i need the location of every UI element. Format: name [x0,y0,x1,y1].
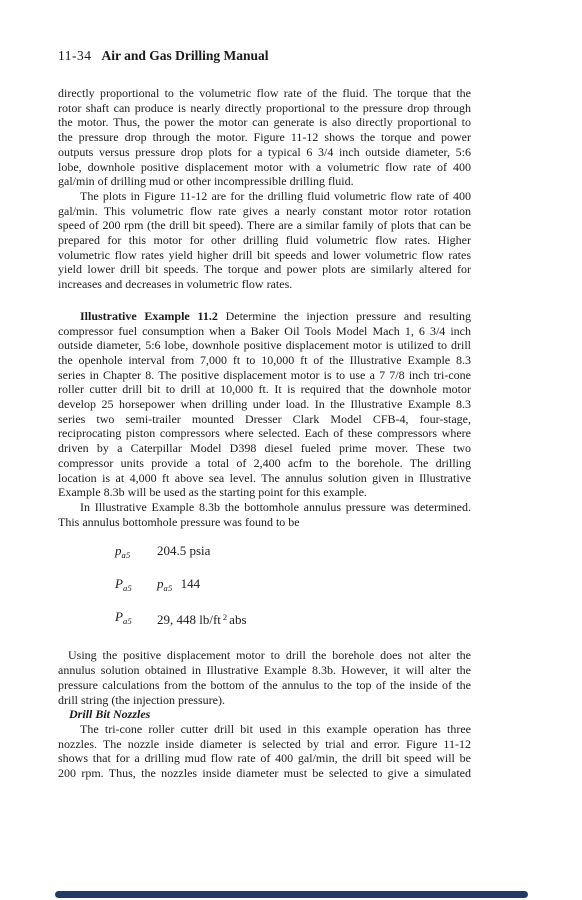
text-line: the pressure drop through the motor. Fig… [58,130,471,145]
text-line: reciprocating piston compressors where s… [58,426,471,441]
paragraph-6: The tri-cone roller cutter drill bit use… [58,722,471,781]
text-line: the openhole interval from 7,000 ft to 1… [58,353,471,368]
text-line: roller cutter drill bit to drill at 10,0… [58,382,471,397]
text-line: outputs versus pressure drop plots for a… [58,145,471,160]
text-line: Example 8.3b will be used as the startin… [58,485,471,500]
page-content: directly proportional to the volumetric … [58,86,471,781]
text-line: prepared for this motor for other drilli… [58,233,471,248]
text-line: pressure calculations from the bottom of… [58,678,471,693]
page-header: 11-34Air and Gas Drilling Manual [58,48,269,64]
text-line: driven by a Caterpillar Model D398 diese… [58,441,471,456]
equation-1-rhs: 204.5 psia [157,543,210,563]
paragraph-2: The plots in Figure 11-12 are for the dr… [58,189,471,292]
text-line: 200 rpm. Thus, the nozzles inside diamet… [58,766,471,781]
text-line: increases and decreases in volumetric fl… [58,277,471,292]
text-line: location is at 4,000 ft above sea level.… [58,471,471,486]
text-line: nozzles. The nozzle inside diameter is s… [58,737,471,752]
equation-3-rhs: 29, 448 lb/ft2abs [157,609,247,629]
text-line: series in Chapter 8. The positive displa… [58,368,471,383]
text-line: In Illustrative Example 8.3b the bottomh… [58,500,471,515]
equation-3-lhs: Pa5 [115,609,157,629]
text-line: series two semi-trailer mounted Dresser … [58,412,471,427]
text-line: Using the positive displacement motor to… [58,648,471,663]
text-line: lobe, downhole positive displacement mot… [58,160,471,175]
equation-1: pa5 204.5 psia [58,543,471,563]
text-line: shows that for a drilling mud flow rate … [58,751,471,766]
text-line: gal/min of drilling mud or other incompr… [58,174,471,189]
text-line: volumetric flow rates yield higher drill… [58,248,471,263]
text-line: the motor. Thus, the power the motor can… [58,115,471,130]
paragraph-5: Using the positive displacement motor to… [58,648,471,707]
equation-2: Pa5 pa5144 [58,576,471,596]
paragraph-1: directly proportional to the volumetric … [58,86,471,189]
document-page: 11-34Air and Gas Drilling Manual directl… [0,0,582,900]
page-number: 11-34 [58,48,92,63]
paragraph-4: In Illustrative Example 8.3b the bottomh… [58,500,471,529]
section-heading: Drill Bit Nozzles [58,707,471,722]
text-line: annulus solution obtained in Illustrativ… [58,663,471,678]
text-line: speed of 200 rpm (the drill bit speed). … [58,218,471,233]
text-line: yield lower drill bit speeds. The torque… [58,262,471,277]
text-line: outside diameter, 5:6 lobe, downhole pos… [58,338,471,353]
text-line: rotor shaft can produce is nearly direct… [58,101,471,116]
text-line: This annulus bottomhole pressure was fou… [58,515,471,530]
text-line: directly proportional to the volumetric … [58,86,471,101]
text-line: gal/min. This volumetric flow rate gives… [58,204,471,219]
text-line: The plots in Figure 11-12 are for the dr… [58,189,471,204]
equation-3: Pa5 29, 448 lb/ft2abs [58,609,471,629]
bottom-bar [55,891,528,898]
text-line: drill string (the injection pressure). [58,693,471,708]
text-line: compressor units provide a total of 2,40… [58,456,471,471]
equation-2-rhs: pa5144 [157,576,200,596]
equation-1-lhs: pa5 [115,543,157,563]
text-line: develop 25 horsepower when drilling unde… [58,397,471,412]
section-heading-text: Drill Bit Nozzles [58,707,150,721]
text-line: The tri-cone roller cutter drill bit use… [58,722,471,737]
example-label: Illustrative Example 11.2 [80,309,218,323]
text-line: Illustrative Example 11.2 Determine the … [58,309,471,324]
text-line: compressor fuel consumption when a Baker… [58,324,471,339]
text-span: Determine the injection pressure and res… [226,309,471,323]
equation-block: pa5 204.5 psia Pa5 pa5144 Pa5 29, 448 lb… [58,543,471,629]
equation-2-lhs: Pa5 [115,576,157,596]
paragraph-illustrative-example: Illustrative Example 11.2 Determine the … [58,309,471,500]
book-title: Air and Gas Drilling Manual [102,48,269,63]
